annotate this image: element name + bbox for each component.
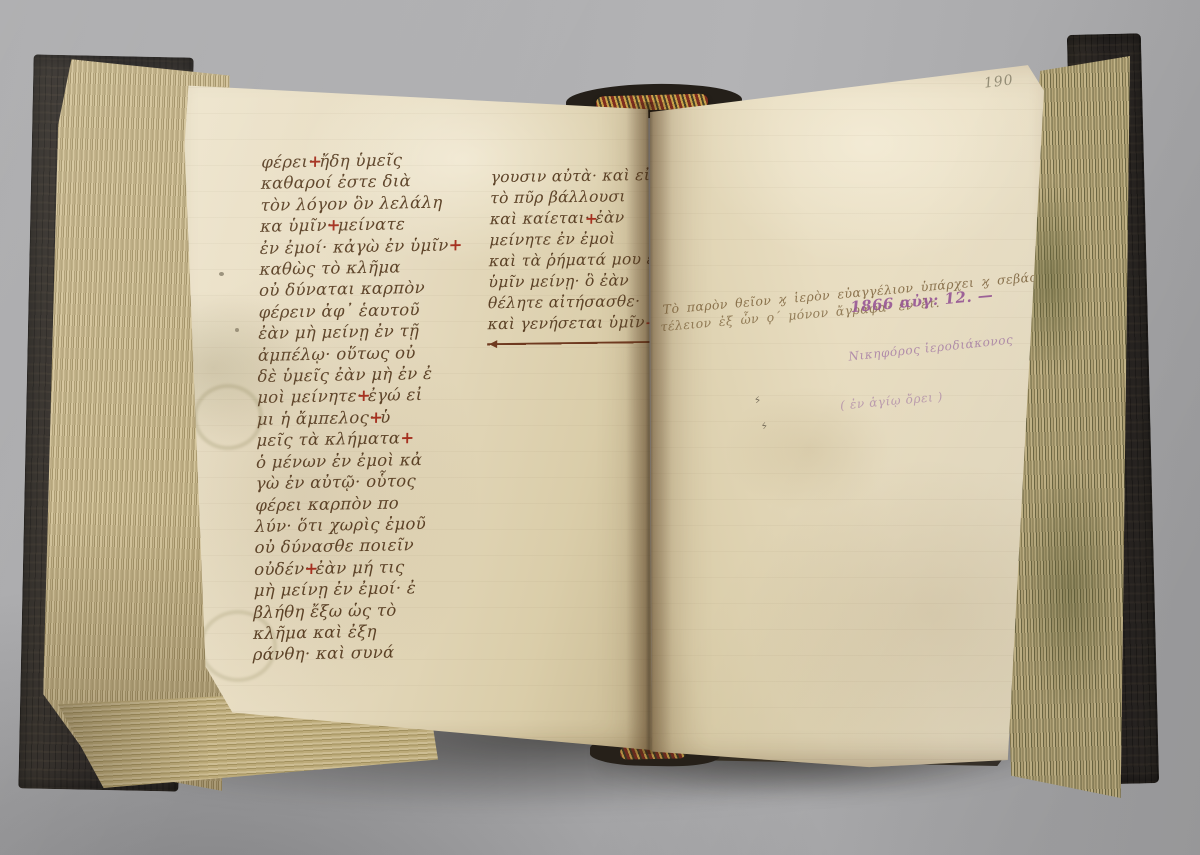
stain-ring <box>193 384 263 450</box>
ink-speck: ϟ <box>752 395 761 406</box>
left-page-parchment: φέρει+· ἤδη ὑμεῖςκαθαροί ἐστε διὰτὸν λόγ… <box>175 62 653 757</box>
manuscript-line: ράνθη· καὶ συνά <box>253 641 473 666</box>
manuscript-line: ἐν ἐμοί· κἀγὼ ἐν ὑμῖν+ <box>260 234 480 259</box>
location-note: ( ἐν ἁγίῳ ὄρει ) <box>840 390 944 413</box>
librarian-signature: Νικηφόρος ἱεροδιάκονος <box>848 332 1014 363</box>
text-column-main: φέρει+· ἤδη ὑμεῖςκαθαροί ἐστε διὰτὸν λόγ… <box>253 148 482 666</box>
ink-fleck <box>235 328 239 332</box>
folio-number: 190 <box>983 72 1014 92</box>
gutter-shadow <box>626 102 672 754</box>
photograph-of-open-greek-manuscript: φέρει+· ἤδη ὑμεῖςκαθαροί ἐστε διὰτὸν λόγ… <box>0 0 1200 855</box>
right-page-parchment: Τὸ παρὸν θεῖον ϗ ἱερὸν εὐαγγέλιον ὑπάρχε… <box>648 58 1050 770</box>
ink-speck: ϟ <box>760 421 768 432</box>
ink-fleck <box>219 272 224 276</box>
